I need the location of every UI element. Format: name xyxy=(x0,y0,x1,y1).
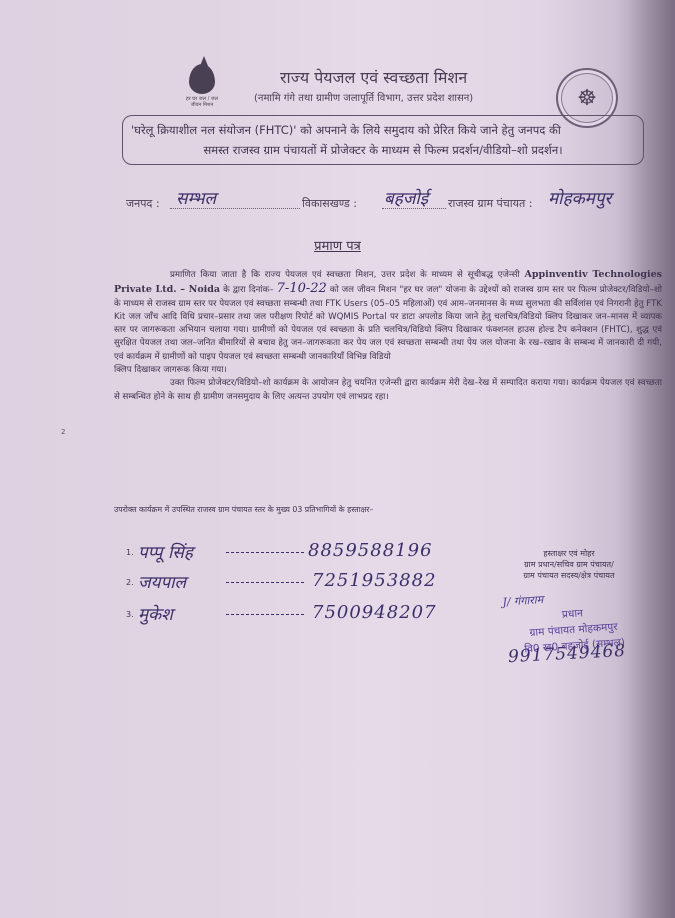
para1-body: को जल जीवन मिशन "हर घर जल" योजना के उद्द… xyxy=(114,285,662,361)
program-banner: 'घरेलू क्रियाशील नल संयोजन (FHTC)' को अप… xyxy=(122,115,644,165)
certificate-title: प्रमाण पत्र xyxy=(0,236,675,254)
water-drop-tap-icon xyxy=(189,64,215,94)
signatory-line-3: ग्राम पंचायत सदस्य/क्षेत्र पंचायत xyxy=(494,570,644,581)
participant-row: 2. जयपाल 7251953882 xyxy=(126,570,456,592)
participant-name: पप्पू सिंह xyxy=(138,540,193,563)
participant-phone: 8859588196 xyxy=(308,540,433,561)
panchayat-value: मोहकमपुर xyxy=(548,186,611,209)
participant-number: 2. xyxy=(126,578,134,587)
block-label: विकासखण्ड : xyxy=(302,196,357,211)
block-value: बहजोई xyxy=(384,186,428,209)
certificate-body: प्रमाणित किया जाता है कि राज्य पेयजल एवं… xyxy=(114,268,662,404)
participant-number: 1. xyxy=(126,548,134,557)
participant-phone: 7500948207 xyxy=(312,602,437,623)
jal-jeevan-mission-logo: हर घर जल / जल जीवन मिशन xyxy=(180,64,224,110)
dash-separator xyxy=(226,552,304,553)
district-value: सम्भल xyxy=(176,186,216,209)
para1-intro: प्रमाणित किया जाता है कि राज्य पेयजल एवं… xyxy=(170,270,520,280)
participant-name: मुकेश xyxy=(138,602,173,625)
dash-separator xyxy=(226,582,304,583)
participant-phone: 7251953882 xyxy=(312,570,437,591)
signatory-line-1: हस्ताक्षर एवं मोहर xyxy=(494,548,644,559)
para2: उक्त फिल्म प्रोजेक्टर/विडियो–शो कार्यक्र… xyxy=(114,377,662,404)
program-date: 7-10-22 xyxy=(277,281,327,296)
location-fields: जनपद : सम्भल विकासखण्ड : बहजोई राजस्व ग्… xyxy=(126,188,656,216)
participant-row: 1. पप्पू सिंह 8859588196 xyxy=(126,540,456,562)
organization-subtitle: (नमामि गंगे तथा ग्रामीण जलापूर्ति विभाग,… xyxy=(254,90,473,104)
agency-name-a: Appinventiv xyxy=(524,269,587,280)
organization-title: राज्य पेयजल एवं स्वच्छता मिशन xyxy=(280,66,467,88)
signatory-block: हस्ताक्षर एवं मोहर ग्राम प्रधान/सचिव ग्र… xyxy=(494,548,644,581)
banner-line-1: 'घरेलू क्रियाशील नल संयोजन (FHTC)' को अप… xyxy=(131,120,635,140)
margin-mark: 2 xyxy=(61,428,65,436)
para1-end: क्लिप दिखाकर जागरूक किया गया। xyxy=(114,364,662,377)
participant-number: 3. xyxy=(126,610,134,619)
panchayat-label: राजस्व ग्राम पंचायत : xyxy=(448,196,532,211)
dash-separator xyxy=(226,614,304,615)
banner-line-2: समस्त राजस्व ग्राम पंचायतों में प्रोजेक्… xyxy=(131,140,635,160)
signatory-line-2: ग्राम प्रधान/सचिव ग्राम पंचायत/ xyxy=(494,559,644,570)
participants-intro: उपरोक्त कार्यक्रम में उपस्थित राजस्व ग्र… xyxy=(114,504,454,515)
scanned-document-page: हर घर जल / जल जीवन मिशन राज्य पेयजल एवं … xyxy=(0,0,675,918)
participant-name: जयपाल xyxy=(138,570,186,593)
logo-caption: हर घर जल / जल जीवन मिशन xyxy=(180,96,224,108)
district-label: जनपद : xyxy=(126,196,160,211)
para1-date-label: के द्वारा दिनांक– xyxy=(223,285,273,295)
participant-row: 3. मुकेश 7500948207 xyxy=(126,602,456,624)
